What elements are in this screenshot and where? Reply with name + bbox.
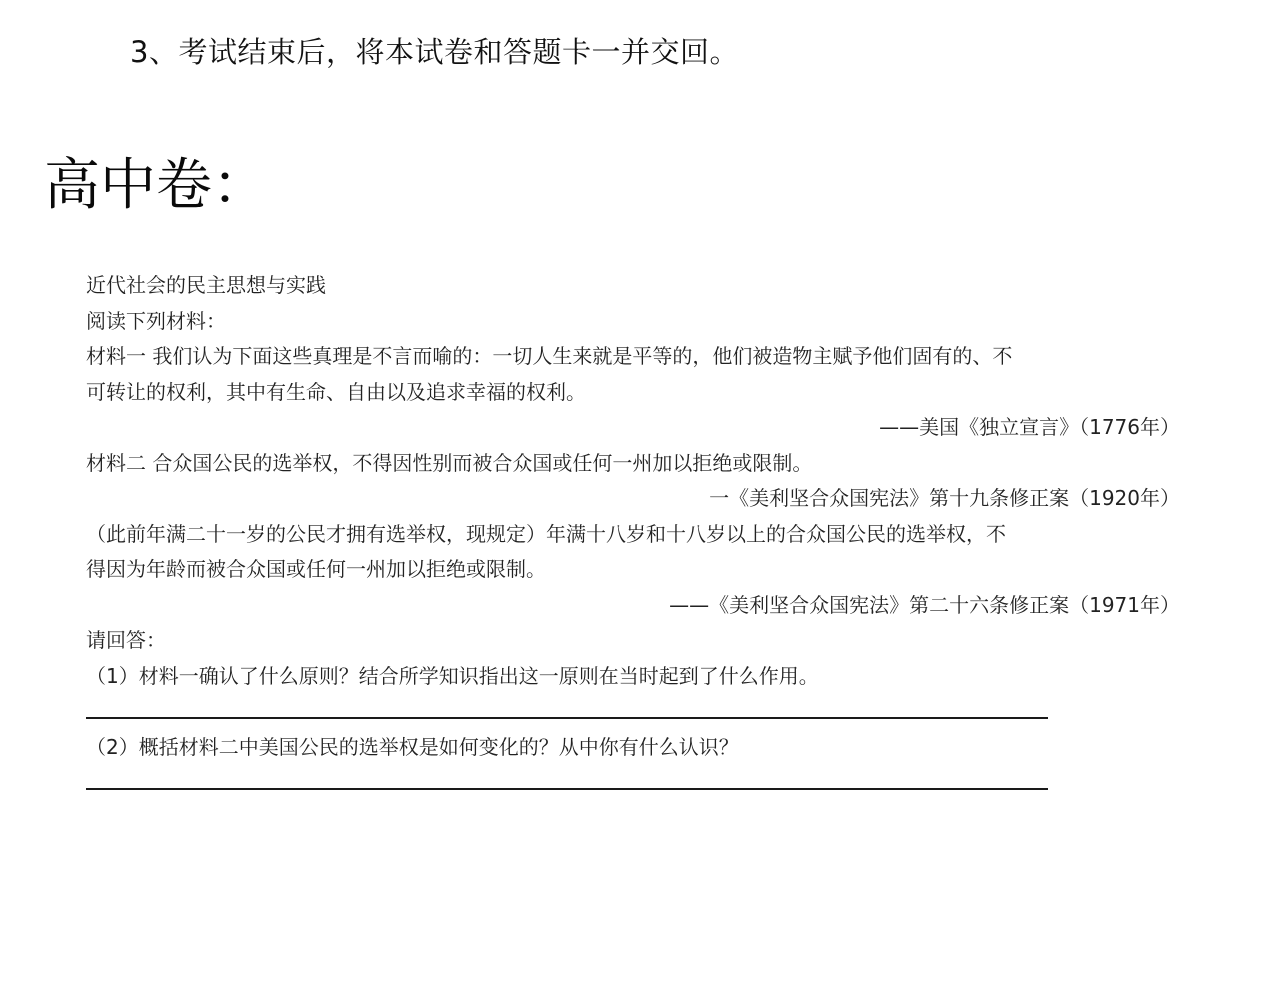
material1-line2: 可转让的权利，其中有生命、自由以及追求幸福的权利。 [86,375,1180,411]
question-2: （2）概括材料二中美国公民的选举权是如何变化的？从中你有什么认识？ [86,730,1180,766]
material1-source: ——美国《独立宣言》（1776年） [86,410,1180,446]
exam-instruction: 3、考试结束后，将本试卷和答题卡一并交回。 [130,32,739,72]
material2-line2: （此前年满二十一岁的公民才拥有选举权，现规定）年满十八岁和十八岁以上的合众国公民… [86,517,1180,553]
question-body: 近代社会的民主思想与实践 阅读下列材料： 材料一 我们认为下面这些真理是不言而喻… [86,268,1180,765]
topic-title: 近代社会的民主思想与实践 [86,268,1180,304]
section-title: 高中卷： [44,150,268,222]
answer-space-1 [86,694,1180,730]
material1-line1: 材料一 我们认为下面这些真理是不言而喻的：一切人生来就是平等的，他们被造物主赋予… [86,339,1180,375]
material2-line3: 得因为年龄而被合众国或任何一州加以拒绝或限制。 [86,552,1180,588]
answer-prompt: 请回答： [86,623,1180,659]
answer-line-2[interactable] [86,788,1048,790]
material2-source2: ——《美利坚合众国宪法》第二十六条修正案（1971年） [86,588,1180,624]
answer-line-1[interactable] [86,717,1048,719]
read-prompt: 阅读下列材料： [86,304,1180,340]
material2-source1: 一《美利坚合众国宪法》第十九条修正案（1920年） [86,481,1180,517]
material2-line1: 材料二 合众国公民的选举权，不得因性别而被合众国或任何一州加以拒绝或限制。 [86,446,1180,482]
question-1: （1）材料一确认了什么原则？结合所学知识指出这一原则在当时起到了什么作用。 [86,659,1180,695]
